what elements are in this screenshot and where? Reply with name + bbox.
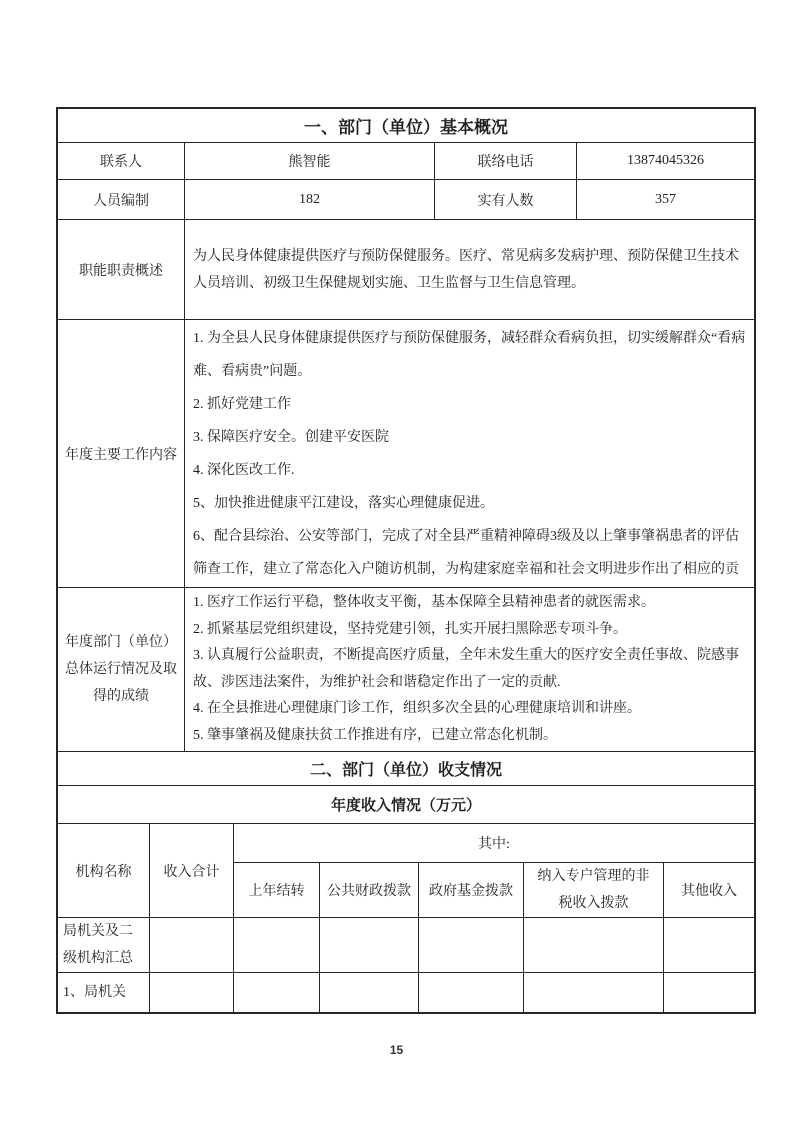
income-cell — [150, 918, 234, 972]
col-public-finance-header: 公共财政拨款 — [320, 863, 419, 917]
work-item: 4. 深化医改工作. — [193, 454, 295, 487]
duty-label: 职能职责概述 — [58, 220, 185, 319]
achievement-item: 4. 在全县推进心理健康门诊工作，组织多次全县的心理健康培训和讲座。 — [193, 696, 641, 723]
income-cell — [234, 973, 320, 1012]
work-item: 1. 为全县人民身体健康提供医疗与预防保健服务，减轻群众看病负担，切实缓解群众“… — [193, 322, 746, 388]
col-carryover-header: 上年结转 — [234, 863, 320, 917]
section1-title-row: 一、部门（单位）基本概况 — [58, 109, 754, 143]
org-name: 局机关及二级机构汇总 — [58, 918, 150, 972]
contact-row: 联系人 熊智能 联络电话 13874045326 — [58, 143, 754, 180]
section2-title: 二、部门（单位）收支情况 — [58, 752, 754, 785]
col-other-income-header: 其他收入 — [664, 863, 754, 917]
col-among-header: 其中: — [234, 824, 754, 863]
income-cell — [320, 918, 419, 972]
org-name: 1、局机关 — [58, 973, 150, 1012]
income-cell — [419, 973, 524, 1012]
staffing-value: 182 — [185, 180, 435, 219]
income-title-row: 年度收入情况（万元） — [58, 786, 754, 824]
phone-label: 联络电话 — [435, 143, 577, 179]
income-header-row: 机构名称 收入合计 其中: 上年结转 公共财政拨款 政府基金拨款 纳入专户管理的… — [58, 824, 754, 918]
section2-title-row: 二、部门（单位）收支情况 — [58, 752, 754, 786]
work-item: 3. 保障医疗安全。创建平安医院 — [193, 421, 389, 454]
achievement-item: 2. 抓紧基层党组织建设，坚持党建引领，扎实开展扫黑除恶专项斗争。 — [193, 617, 627, 644]
achievements-content: 1. 医疗工作运行平稳，整体收支平衡，基本保障全县精神患者的就医需求。 2. 抓… — [185, 588, 754, 751]
phone-value: 13874045326 — [577, 143, 754, 179]
contact-value: 熊智能 — [185, 143, 435, 179]
section1-title: 一、部门（单位）基本概况 — [58, 109, 754, 142]
work-item: 6、配合县综治、公安等部门，完成了对全县严重精神障碍3级及以上肇事肇祸患者的评估… — [193, 520, 746, 587]
document-page: { "page": { "number": "15" }, "section1"… — [0, 0, 793, 1122]
page-number: 15 — [0, 1043, 793, 1057]
income-cell — [320, 973, 419, 1012]
achievements-row: 年度部门（单位）总体运行情况及取得的成绩 1. 医疗工作运行平稳，整体收支平衡，… — [58, 588, 754, 752]
annual-work-row: 年度主要工作内容 1. 为全县人民身体健康提供医疗与预防保健服务，减轻群众看病负… — [58, 320, 754, 588]
income-cell — [524, 973, 664, 1012]
annual-work-label: 年度主要工作内容 — [58, 320, 185, 587]
col-gov-fund-header: 政府基金拨款 — [419, 863, 524, 917]
report-table: 一、部门（单位）基本概况 联系人 熊智能 联络电话 13874045326 人员… — [56, 107, 756, 1014]
income-cell — [150, 973, 234, 1012]
contact-label: 联系人 — [58, 143, 185, 179]
duty-content: 为人民身体健康提供医疗与预防保健服务。医疗、常见病多发病护理、预防保健卫生技术人… — [185, 220, 754, 319]
work-item: 5、加快推进健康平江建设，落实心理健康促进。 — [193, 487, 494, 520]
among-header-group: 其中: 上年结转 公共财政拨款 政府基金拨款 纳入专户管理的非税收入拨款 其他收… — [234, 824, 754, 917]
duty-row: 职能职责概述 为人民身体健康提供医疗与预防保健服务。医疗、常见病多发病护理、预防… — [58, 220, 754, 320]
income-cell — [234, 918, 320, 972]
achievements-label: 年度部门（单位）总体运行情况及取得的成绩 — [58, 588, 185, 751]
achievement-item: 1. 医疗工作运行平稳，整体收支平衡，基本保障全县精神患者的就医需求。 — [193, 590, 655, 617]
achievement-item: 5. 肇事肇祸及健康扶贫工作推进有序，已建立常态化机制。 — [193, 723, 557, 750]
income-row-summary: 局机关及二级机构汇总 — [58, 918, 754, 973]
subheader-row: 上年结转 公共财政拨款 政府基金拨款 纳入专户管理的非税收入拨款 其他收入 — [234, 863, 754, 917]
income-cell — [524, 918, 664, 972]
col-total-header: 收入合计 — [150, 824, 234, 917]
staffing-label: 人员编制 — [58, 180, 185, 219]
staffing-row: 人员编制 182 实有人数 357 — [58, 180, 754, 220]
work-item: 2. 抓好党建工作 — [193, 388, 291, 421]
income-cell — [664, 973, 754, 1012]
col-nontax-header: 纳入专户管理的非税收入拨款 — [524, 863, 664, 917]
income-cell — [664, 918, 754, 972]
col-org-header: 机构名称 — [58, 824, 150, 917]
annual-work-content: 1. 为全县人民身体健康提供医疗与预防保健服务，减轻群众看病负担，切实缓解群众“… — [185, 320, 754, 587]
income-cell — [419, 918, 524, 972]
actual-value: 357 — [577, 180, 754, 219]
income-row-bureau: 1、局机关 — [58, 973, 754, 1012]
achievement-item: 3. 认真履行公益职责，不断提高医疗质量，全年未发生重大的医疗安全责任事故、院感… — [193, 643, 746, 696]
actual-label: 实有人数 — [435, 180, 577, 219]
income-title: 年度收入情况（万元） — [58, 786, 754, 823]
